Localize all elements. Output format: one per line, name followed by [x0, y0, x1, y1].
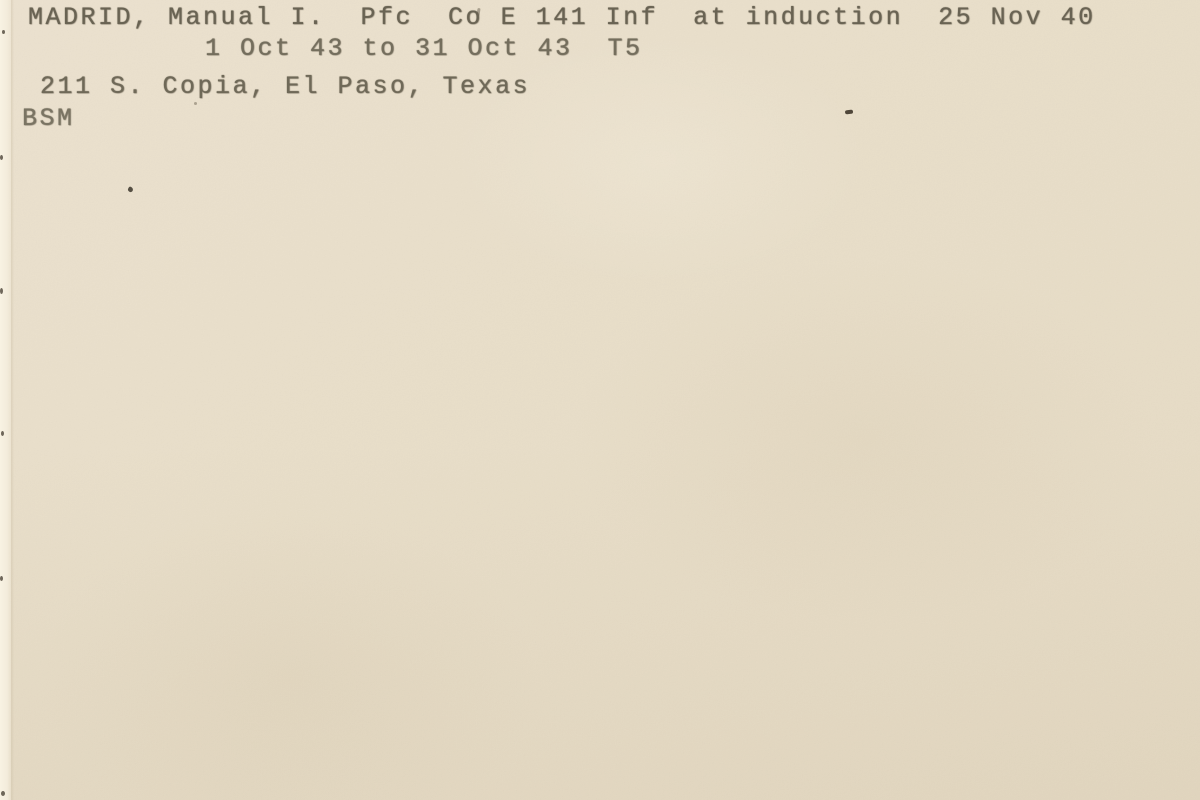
edge-speck [1, 791, 5, 796]
line-award-bsm: BSM [22, 106, 75, 131]
line-home-address: 211 S. Copia, El Paso, Texas [40, 74, 530, 99]
paper-grain-texture [0, 0, 1200, 800]
scanned-card: MADRID, Manual I. Pfc Co E 141 Inf at in… [0, 0, 1200, 800]
line-service-period-grade: 1 Oct 43 to 31 Oct 43 T5 [205, 36, 643, 61]
scan-edge-seam [11, 0, 14, 800]
edge-speck [0, 155, 3, 160]
edge-speck [2, 30, 5, 34]
edge-speck [0, 576, 3, 581]
line-soldier-name-rank-unit-induction: MADRID, Manual I. Pfc Co E 141 Inf at in… [28, 5, 1096, 30]
edge-speck [1, 431, 4, 436]
edge-speck [0, 288, 3, 294]
ink-fleck-faint [194, 102, 197, 105]
